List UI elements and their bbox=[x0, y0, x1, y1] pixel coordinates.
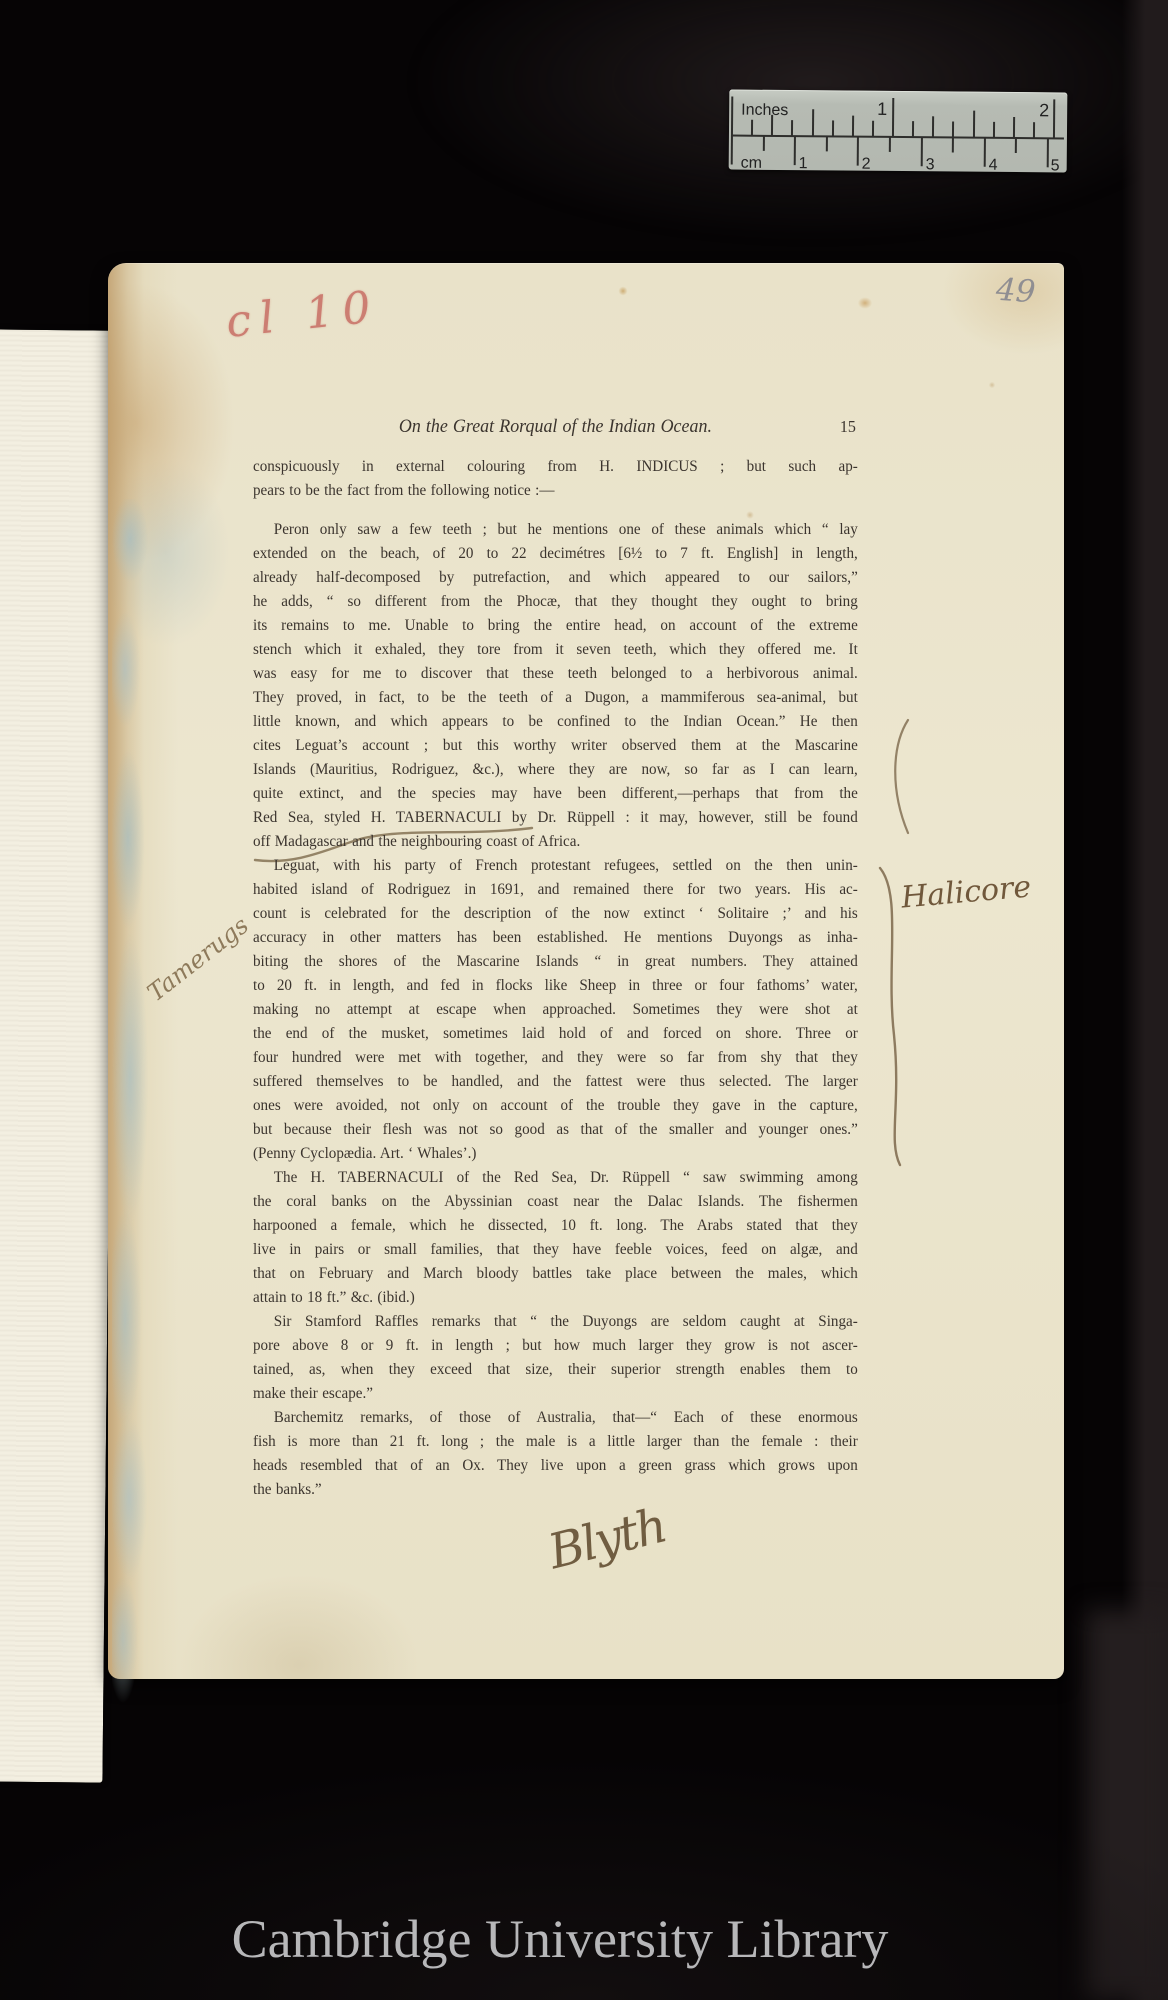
text-line: quite extinct, and the species may have … bbox=[253, 782, 858, 806]
annotation-halicore: Halicore bbox=[900, 869, 1033, 915]
watermark-caption: Cambridge University Library bbox=[0, 1908, 1120, 1970]
text-line: ones were avoided, not only on account o… bbox=[253, 1094, 858, 1118]
ruler-inch-number: 2 bbox=[1039, 100, 1049, 120]
text-line: live in pairs or small families, that th… bbox=[253, 1238, 858, 1262]
text-line: the coral banks on the Abyssinian coast … bbox=[253, 1190, 858, 1214]
ruler-cm-number: 5 bbox=[1051, 157, 1060, 172]
annotation-red-shelfmark: cl 10 bbox=[224, 281, 382, 348]
ruler-cm-number: 3 bbox=[926, 156, 935, 172]
body-paragraph: Barchemitz remarks, of those of Australi… bbox=[253, 1406, 858, 1502]
body-paragraph: conspicuously in external colouring from… bbox=[253, 455, 858, 503]
signature-blyth: Blyth bbox=[543, 1498, 671, 1581]
text-line: was easy for me to discover that these t… bbox=[253, 662, 858, 686]
text-line: that on February and March bloody battle… bbox=[253, 1262, 858, 1286]
text-line: heads resembled that of an Ox. They live… bbox=[253, 1454, 858, 1478]
text-line: (Penny Cyclopædia. Art. ‘ Whales’.) bbox=[253, 1142, 858, 1166]
text-line: fish is more than 21 ft. long ; the male… bbox=[253, 1430, 858, 1454]
ruler-cm-label: cm bbox=[741, 155, 762, 172]
printed-text-column: On the Great Rorqual of the Indian Ocean… bbox=[253, 415, 858, 1502]
text-line: to 20 ft. in length, and fed in flocks l… bbox=[253, 974, 858, 998]
scale-ruler: Inches 1 2 cm 1 2 3 4 5 bbox=[729, 90, 1068, 173]
text-line: Islands (Mauritius, Rodriguez, &c.), whe… bbox=[253, 758, 858, 782]
ruler-cm-number: 2 bbox=[862, 156, 871, 173]
album-mount-leaf bbox=[0, 329, 118, 1782]
text-line: Barchemitz remarks, of those of Australi… bbox=[253, 1406, 858, 1430]
text-line: little known, and which appears to be co… bbox=[253, 710, 858, 734]
text-line: conspicuously in external colouring from… bbox=[253, 455, 858, 479]
text-line: cites Leguat’s account ; but this worthy… bbox=[253, 734, 858, 758]
text-line: Leguat, with his party of French protest… bbox=[253, 854, 858, 878]
text-line: make their escape.” bbox=[253, 1382, 858, 1406]
running-head: On the Great Rorqual of the Indian Ocean… bbox=[253, 415, 858, 439]
document-page: cl 10 49 Halicore Tamerugs Blyth On the … bbox=[108, 263, 1064, 1679]
text-line: count is celebrated for the description … bbox=[253, 902, 858, 926]
text-line: suffered themselves to be handled, and t… bbox=[253, 1070, 858, 1094]
text-line: its remains to me. Unable to bring the e… bbox=[253, 614, 858, 638]
body-paragraph: Sir Stamford Raffles remarks that “ the … bbox=[253, 1310, 858, 1406]
annotation-folio-number: 49 bbox=[995, 272, 1037, 311]
text-line: Sir Stamford Raffles remarks that “ the … bbox=[253, 1310, 858, 1334]
margin-bracket-upper bbox=[895, 720, 908, 833]
text-line: making no attempt at escape when approac… bbox=[253, 998, 858, 1022]
text-line: Peron only saw a few teeth ; but he ment… bbox=[253, 518, 858, 542]
text-line: tained, as, when they exceed that size, … bbox=[253, 1358, 858, 1382]
text-line: but because their flesh was not so good … bbox=[253, 1118, 858, 1142]
ruler-cm-number: 4 bbox=[989, 157, 998, 173]
text-line: habited island of Rodriguez in 1691, and… bbox=[253, 878, 858, 902]
text-line: extended on the beach, of 20 to 22 decim… bbox=[253, 542, 858, 566]
body-paragraph: The H. TABERNACULI of the Red Sea, Dr. R… bbox=[253, 1166, 858, 1310]
ruler-inches-label: Inches bbox=[741, 102, 788, 119]
text-line: harpooned a female, which he dissected, … bbox=[253, 1214, 858, 1238]
ruler-cm-number: 1 bbox=[799, 155, 808, 172]
text-line: accuracy in other matters has been estab… bbox=[253, 926, 858, 950]
text-line: the end of the musket, sometimes laid ho… bbox=[253, 1022, 858, 1046]
body-paragraph: Leguat, with his party of French protest… bbox=[253, 854, 858, 1166]
text-line: The H. TABERNACULI of the Red Sea, Dr. R… bbox=[253, 1166, 858, 1190]
text-line: They proved, in fact, to be the teeth of… bbox=[253, 686, 858, 710]
text-line: he adds, “ so different from the Phocæ, … bbox=[253, 590, 858, 614]
text-line: stench which it exhaled, they tore from … bbox=[253, 638, 858, 662]
page-number: 15 bbox=[840, 415, 856, 439]
body-paragraph: Peron only saw a few teeth ; but he ment… bbox=[253, 518, 858, 854]
blue-mottled-edge bbox=[112, 499, 160, 1729]
text-line: four hundred were met with together, and… bbox=[253, 1046, 858, 1070]
text-line: Red Sea, styled H. TABERNACULI by Dr. Rü… bbox=[253, 806, 858, 830]
text-line: pore above 8 or 9 ft. in length ; but ho… bbox=[253, 1334, 858, 1358]
text-line: the banks.” bbox=[253, 1478, 858, 1502]
ruler-inch-number: 1 bbox=[877, 99, 887, 119]
text-line: off Madagascar and the neighbouring coas… bbox=[253, 830, 858, 854]
margin-bracket-long bbox=[880, 868, 900, 1165]
text-line: attain to 18 ft.” &c. (ibid.) bbox=[253, 1286, 858, 1310]
text-line: already half-decomposed by putrefaction,… bbox=[253, 566, 858, 590]
ruler-graduations: Inches 1 2 cm 1 2 3 4 5 bbox=[729, 90, 1068, 173]
photo-backdrop: cl 10 49 Halicore Tamerugs Blyth On the … bbox=[0, 0, 1168, 2000]
text-line: pears to be the fact from the following … bbox=[253, 479, 858, 503]
text-line: biting the shores of the Mascarine Islan… bbox=[253, 950, 858, 974]
running-head-title: On the Great Rorqual of the Indian Ocean… bbox=[253, 415, 858, 439]
